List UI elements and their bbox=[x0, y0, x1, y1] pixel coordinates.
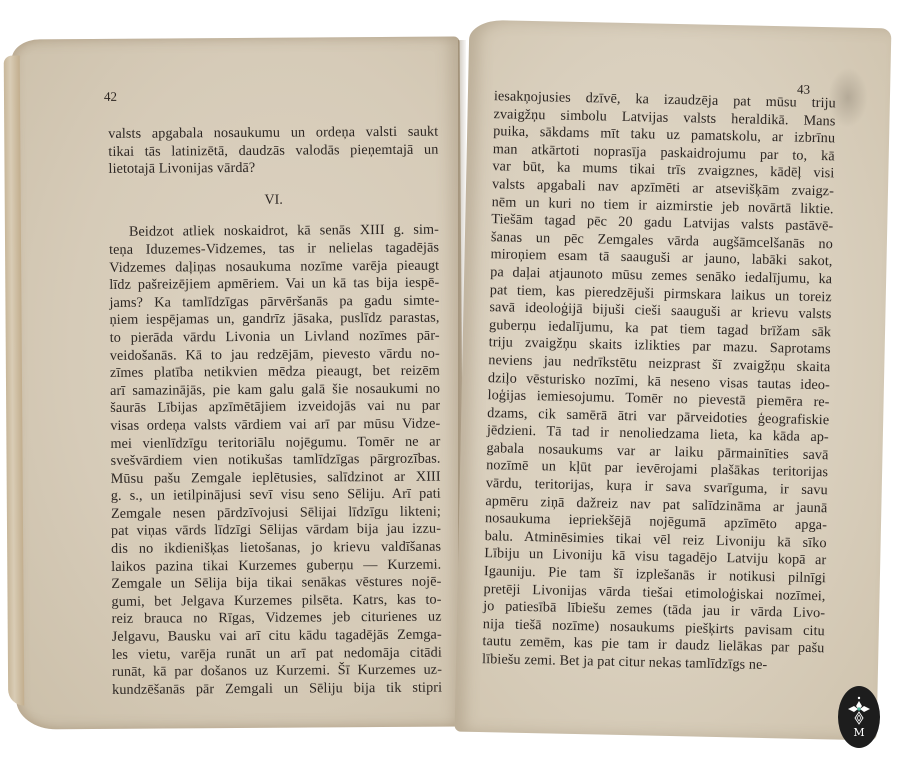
right-page: 43 iesakņojusies dzīvē, ka izaudzēja pat… bbox=[455, 20, 892, 741]
section-heading: VI. bbox=[109, 190, 439, 210]
text-line: kundzēšanās pār Zemgali un Sēliju bija t… bbox=[112, 679, 442, 699]
svg-text:M: M bbox=[853, 726, 864, 739]
page-number-left: 42 bbox=[104, 89, 117, 105]
text-line: dis no ikdienišķas lietošanas, jo krievu… bbox=[111, 539, 441, 559]
text-line: laikos pazina tikai Kurzemes guberņu — K… bbox=[111, 556, 441, 576]
text-line: mei vienlīdzīgu teritoriālu nojēgumu. To… bbox=[110, 433, 440, 453]
right-page-text: iesakņojusies dzīvē, ka izaudzēja pat mū… bbox=[482, 88, 836, 676]
text-line: valsts apgabala nosaukumu un ordeņa vals… bbox=[108, 124, 438, 144]
text-line: Vidzemes daļiņas nosaukuma nozīme varēja… bbox=[109, 257, 439, 277]
text-line: ņiem iespējamas un, gandrīz jāsaka, pusl… bbox=[110, 310, 440, 330]
text-line: runāt, kā par došanos uz Kurzemi. Šī Kur… bbox=[112, 662, 442, 682]
open-book: 42 valsts apgabala nosaukumu un ordeņa v… bbox=[0, 0, 899, 768]
text-line: Zemgale nesen pārdzīvojusi Sēlijai līdzī… bbox=[111, 503, 441, 523]
text-line: lietotajā Livonijas vārdā? bbox=[108, 159, 438, 179]
text-line: zīmes platība netikvien mēdza pieaugt, b… bbox=[110, 363, 440, 383]
left-page: 42 valsts apgabala nosaukumu un ordeņa v… bbox=[12, 36, 465, 729]
page-edges bbox=[4, 56, 25, 706]
text-line: reiz brauca no Rīgas, Vidzemes jeb citur… bbox=[112, 609, 442, 629]
text-line: jams? Ka tamlīdzīgas pārvēršanās pa gadu… bbox=[109, 292, 439, 312]
text-line: tikai tās latinizētā, daudzās valodās pi… bbox=[108, 141, 438, 161]
watermark-badge: M bbox=[838, 686, 880, 748]
text-line: Mūsu pašu Zemgale ieplētusies, salīdzino… bbox=[111, 468, 441, 488]
text-line: Zemgale un Sēlija bija tikai senākas vēs… bbox=[111, 574, 441, 594]
left-page-text: valsts apgabala nosaukumu un ordeņa vals… bbox=[108, 124, 442, 700]
text-line: pat viņas vārds līdzīgi Sēlijas vārdam b… bbox=[111, 521, 441, 541]
text-line: gumi, bet Jelgava Kurzemes pilsēta. Katr… bbox=[111, 591, 441, 611]
text-line: līdz pašreizējiem apmēriem. Vai un kā ta… bbox=[109, 275, 439, 295]
text-line: visas ordeņa valsts vārdiem vai arī par … bbox=[110, 415, 440, 435]
text-line: veidošanās. Kā to jau redzējām, pievesto… bbox=[110, 345, 440, 365]
ornament-logo-icon: M bbox=[844, 694, 874, 740]
text-line: šaurās Lībijas apzīmētājiem izveidojās v… bbox=[110, 398, 440, 418]
text-line: svešvārdiem vien notikušas tamlīdzīgas p… bbox=[110, 451, 440, 471]
text-line: Jelgavu, Bausku vai arī citu kādu tagadē… bbox=[112, 627, 442, 647]
text-line: g. s., un ietilpinājusi sevī visu seno S… bbox=[111, 486, 441, 506]
text-line: teņa Iduzemes-Vidzemes, tas ir nelielas … bbox=[109, 240, 439, 260]
text-line: arī samazinājās, pie kam galu galā šie n… bbox=[110, 380, 440, 400]
text-line: Beidzot atliek noskaidrot, kā senās XIII… bbox=[109, 222, 439, 242]
text-line: to pierāda vārdu Livonia un Livland nozī… bbox=[110, 328, 440, 348]
